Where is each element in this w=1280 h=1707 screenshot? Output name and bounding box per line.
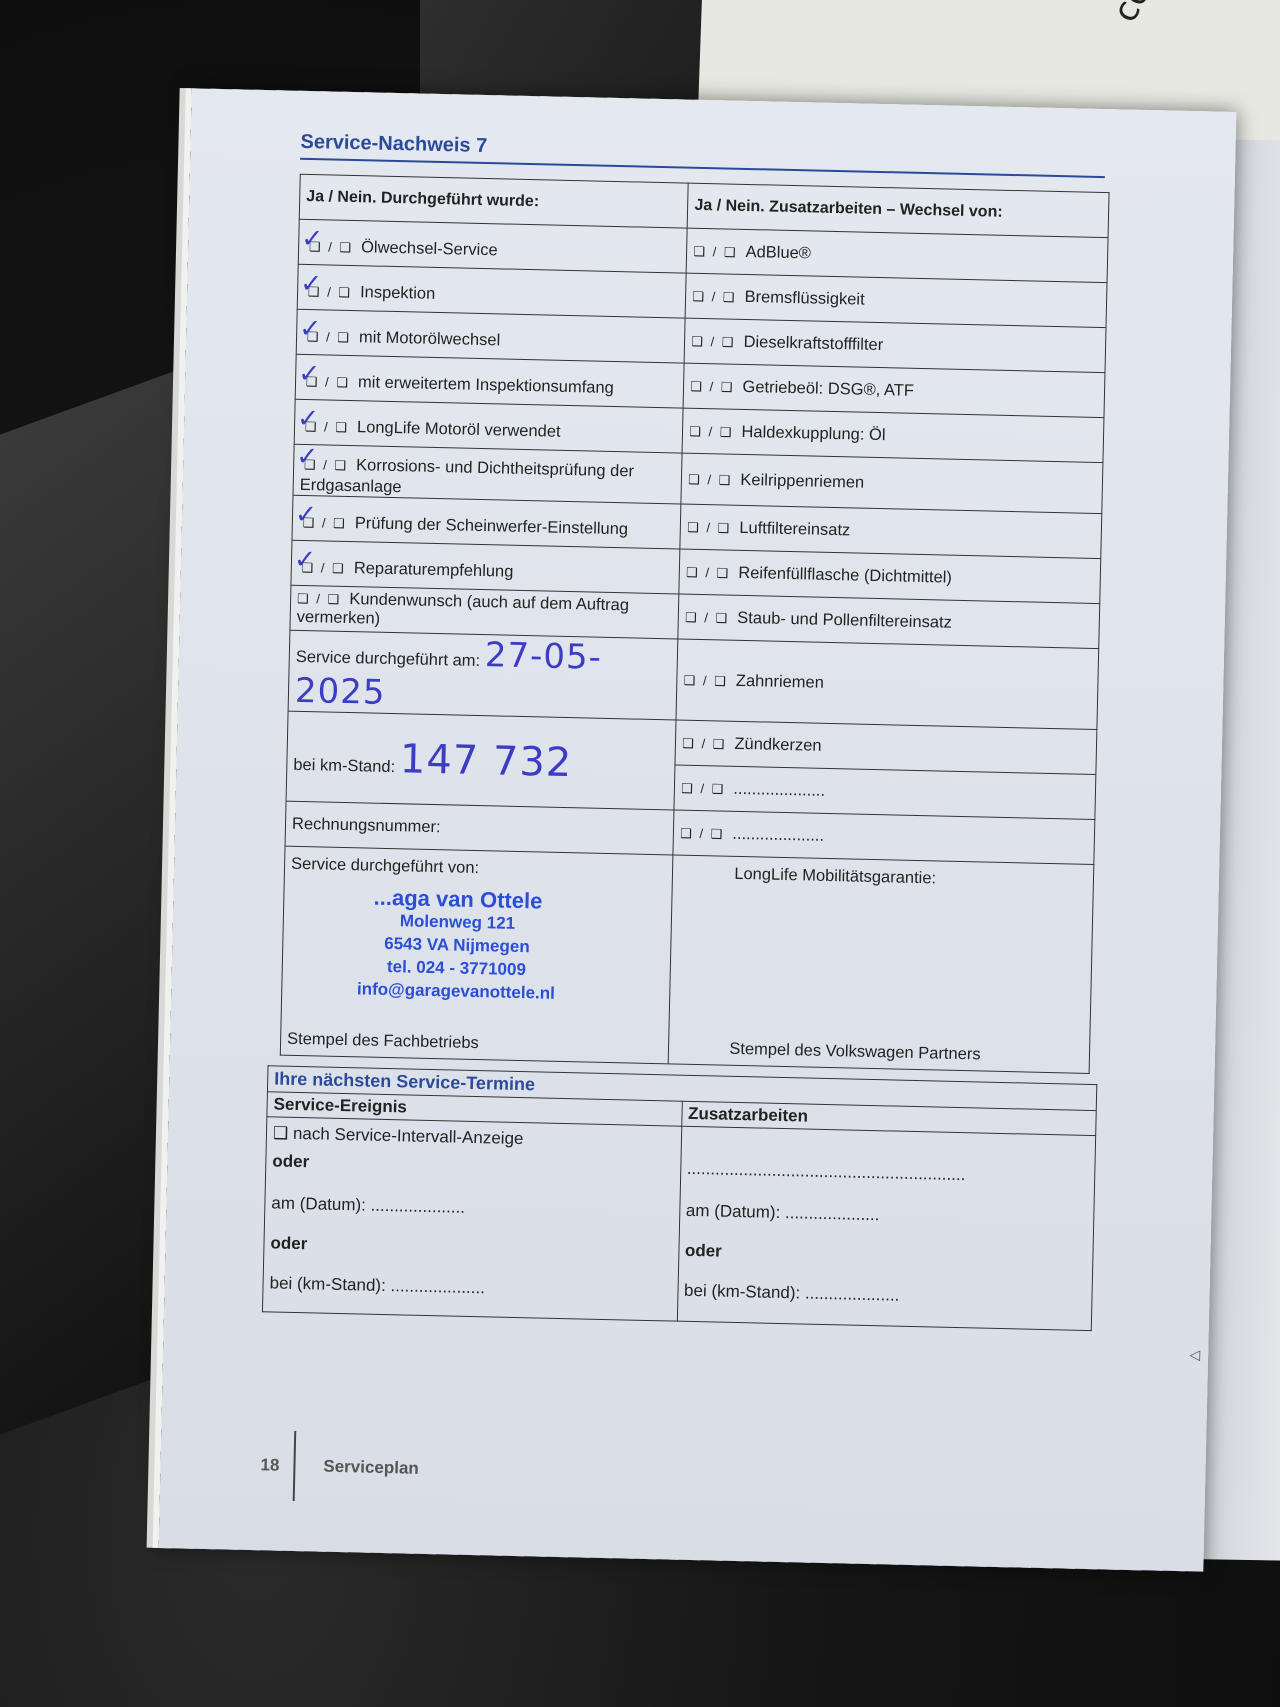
yes-no-checkbox-icon[interactable]: ❑ / ❑ <box>680 825 724 841</box>
item-label: Luftfiltereinsatz <box>739 518 850 539</box>
item-label: Staub- und Pollenfiltereinsatz <box>737 608 952 631</box>
handwritten-check-icon: ✓ <box>301 222 323 252</box>
item-label: Haldexkupplung: Öl <box>741 422 885 443</box>
extra-work-cell: ........................................… <box>677 1126 1096 1330</box>
performed-by-cell: Service durchgeführt von: ...aga van Ott… <box>280 846 673 1064</box>
extra-km-field[interactable]: bei (km-Stand): .................... <box>684 1277 1086 1314</box>
extra-date-field[interactable]: am (Datum): .................... <box>686 1197 1088 1234</box>
handwritten-check-icon: ✓ <box>299 312 321 342</box>
item-label: Dieselkraftstofffilter <box>743 332 883 353</box>
next-service-table: Ihre nächsten Service-Termine Service-Er… <box>262 1065 1097 1331</box>
page-number: 18 <box>260 1455 293 1476</box>
item-label: LongLife Motoröl verwendet <box>357 418 561 441</box>
handwritten-check-icon: ✓ <box>296 441 318 471</box>
or-text: oder <box>685 1237 1087 1274</box>
item-label: AdBlue® <box>745 242 811 261</box>
service-record-table: Ja / Nein. Durchgeführt wurde: Ja / Nein… <box>280 174 1110 1074</box>
item-label: Zahnriemen <box>736 671 824 691</box>
guarantee-label: LongLife Mobilitätsgarantie: <box>679 864 1087 892</box>
item-label: Zündkerzen <box>734 734 822 754</box>
yes-no-checkbox-icon[interactable]: ❑ / ❑ <box>685 609 729 625</box>
yes-no-checkbox-icon[interactable]: ❑ / ❑ <box>681 780 725 796</box>
page-title: Service-Nachweis 7 <box>300 131 1105 178</box>
item-label: Keilrippenriemen <box>740 470 864 491</box>
stamp-label-right: Stempel des Volkswagen Partners <box>729 1040 981 1065</box>
item-label: Prüfung der Scheinwerfer-Einstellung <box>355 514 629 538</box>
yes-no-checkbox-icon[interactable]: ❑ / ❑ <box>688 471 732 487</box>
km-label: bei km-Stand: <box>293 755 395 775</box>
page-turn-arrow-icon: ◁ <box>1189 1346 1200 1363</box>
service-date-label: Service durchgeführt am: <box>296 648 481 670</box>
workshop-stamp: ...aga van Ottele Molenweg 121 6543 VA N… <box>248 883 666 1007</box>
service-date-cell: Service durchgeführt am: 27-05-2025 <box>288 630 678 720</box>
next-km-field[interactable]: bei (km-Stand): .................... <box>269 1269 671 1306</box>
section-name: Serviceplan <box>323 1457 419 1479</box>
footer-divider <box>293 1431 297 1501</box>
item-label: Kundenwunsch (auch auf dem Auftrag verme… <box>297 590 630 628</box>
service-event-cell: ❑ nach Service-Intervall-Anzeige oder am… <box>262 1117 681 1321</box>
or-text: oder <box>270 1229 672 1266</box>
km-value[interactable]: 147 732 <box>399 736 572 786</box>
item-label: mit Motorölwechsel <box>359 328 501 349</box>
left-item-5[interactable]: ✓❑ / ❑Korrosions- und Dichtheitsprüfung … <box>293 444 682 504</box>
item-label: Bremsflüssigkeit <box>744 287 865 308</box>
yes-no-checkbox-icon[interactable]: ❑ / ❑ <box>297 591 341 607</box>
yes-no-checkbox-icon[interactable]: ❑ / ❑ <box>682 735 726 751</box>
next-date-field[interactable]: am (Datum): .................... <box>271 1189 673 1226</box>
extra-work-field[interactable]: ........................................… <box>686 1155 1088 1192</box>
handwritten-check-icon: ✓ <box>294 543 316 573</box>
item-label: .................... <box>732 824 824 844</box>
item-label: Ölwechsel-Service <box>361 238 498 259</box>
invoice-label: Rechnungsnummer: <box>292 814 441 835</box>
right-item-9[interactable]: ❑ / ❑Zahnriemen <box>676 639 1098 730</box>
handwritten-check-icon: ✓ <box>300 267 322 297</box>
item-label: mit erweitertem Inspektionsumfang <box>358 373 614 397</box>
stamp-label-left: Stempel des Fachbetriebs <box>287 1030 479 1053</box>
yes-no-checkbox-icon[interactable]: ❑ / ❑ <box>687 519 731 535</box>
handwritten-check-icon: ✓ <box>297 402 319 432</box>
service-booklet-page: Service-Nachweis 7 Ja / Nein. Durchgefüh… <box>159 88 1237 1571</box>
item-label: Reifenfüllflasche (Dichtmittel) <box>738 563 952 586</box>
yes-no-checkbox-icon[interactable]: ❑ / ❑ <box>690 378 734 394</box>
item-label: Getriebeöl: DSG®, ATF <box>742 377 914 399</box>
yes-no-checkbox-icon[interactable]: ❑ / ❑ <box>689 423 733 439</box>
handwritten-check-icon: ✓ <box>295 498 317 528</box>
performed-by-label: Service durchgeführt von: <box>291 855 667 883</box>
yes-no-checkbox-icon[interactable]: ❑ / ❑ <box>692 288 736 304</box>
item-label: .................... <box>733 779 825 799</box>
yes-no-checkbox-icon[interactable]: ❑ / ❑ <box>684 672 728 688</box>
item-label: Korrosions- und Dichtheitsprüfung der Er… <box>300 456 635 496</box>
page-footer: 18 Serviceplan <box>260 1430 420 1504</box>
yes-no-checkbox-icon[interactable]: ❑ / ❑ <box>691 333 735 349</box>
handwritten-check-icon: ✓ <box>298 357 320 387</box>
km-cell: bei km-Stand: 147 732 <box>286 711 676 810</box>
service-date-value[interactable]: 27-05-2025 <box>295 635 603 713</box>
item-label: Inspektion <box>360 283 436 303</box>
yes-no-checkbox-icon[interactable]: ❑ / ❑ <box>693 243 737 259</box>
item-label: Reparaturempfehlung <box>354 559 514 581</box>
yes-no-checkbox-icon[interactable]: ❑ / ❑ <box>686 564 730 580</box>
guarantee-cell: LongLife Mobilitätsgarantie: Stempel des… <box>668 855 1093 1073</box>
